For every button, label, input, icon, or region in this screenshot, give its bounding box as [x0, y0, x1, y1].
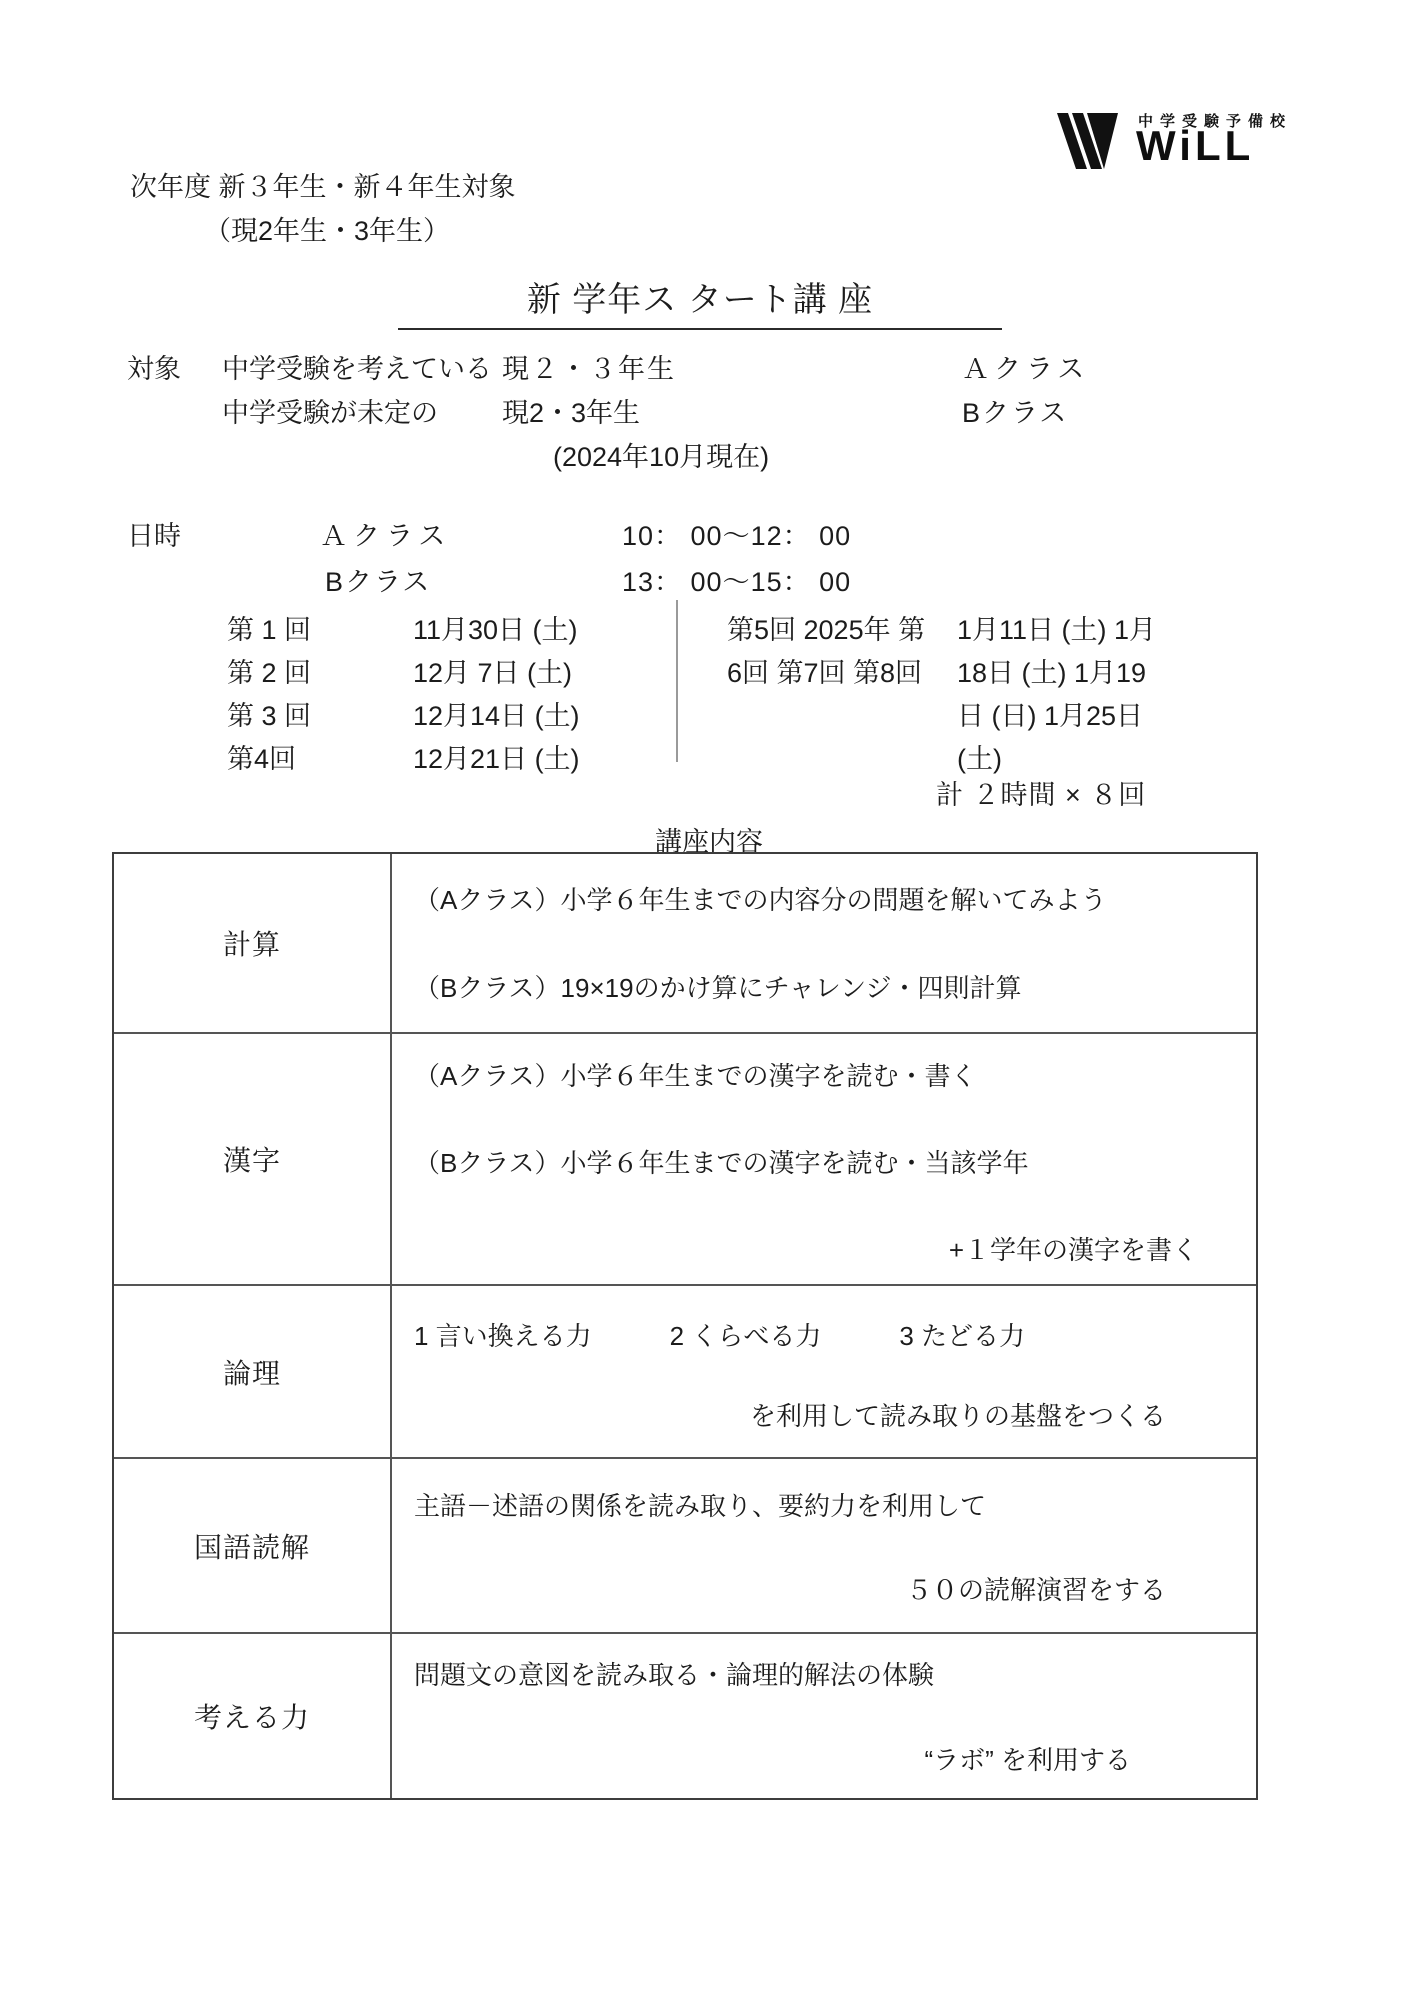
target-condition-2: 中学受験が未定の — [222, 396, 438, 431]
table-row-ronri: 論理 1 言い換える力 2 くらべる力 3 たどる力 を利用して読み取りの基盤を… — [114, 1284, 1256, 1457]
table-row-keisan: 計算 （Aクラス）小学６年生までの内容分の問題を解いてみよう （Bクラス）19×… — [114, 854, 1256, 1032]
content-cell: 問題文の意図を読み取る・論理的解法の体験 “ラボ” を利用する — [392, 1634, 1256, 1798]
sessions-5-8-dates-1: 1月11日 (土) 1月 — [957, 613, 1156, 648]
target-class-2: Bクラス — [962, 396, 1068, 431]
session-2-date: 12月 7日 (土) — [413, 656, 572, 691]
content-line: 1 言い換える力 2 くらべる力 3 たどる力 — [414, 1318, 1025, 1354]
class-b-time: 13： 00〜15： 00 — [622, 565, 851, 600]
audience-line-1: 次年度 新３年生・新４年生対象 — [130, 170, 516, 205]
subject-cell: 考える力 — [114, 1634, 392, 1798]
content-cell: 主語－述語の関係を読み取り、要約力を利用して ５０の読解演習をする — [392, 1459, 1256, 1632]
subject-cell: 論理 — [114, 1286, 392, 1457]
content-line: “ラボ” を利用する — [924, 1742, 1131, 1778]
sessions-5-8-dates-3: 日 (日) 1月25日 — [957, 699, 1143, 734]
total-hours: 計 ２時間 × ８回 — [936, 778, 1146, 813]
content-line: +１学年の漢字を書く — [949, 1232, 1198, 1268]
subject-cell: 計算 — [114, 854, 392, 1032]
content-cell: （Aクラス）小学６年生までの内容分の問題を解いてみよう （Bクラス）19×19の… — [392, 854, 1256, 1032]
content-line: （Bクラス）小学６年生までの漢字を読む・当該学年 — [414, 1145, 1029, 1181]
sessions-5-8-dates-4: (土) — [957, 742, 1002, 777]
sessions-5-8-line-1: 第5回 2025年 第 — [727, 613, 925, 648]
flyer-page: 中学受験予備校 WiLL 次年度 新３年生・新４年生対象 （現2年生・3年生） … — [0, 0, 1414, 2000]
subject-cell: 国語読解 — [114, 1459, 392, 1632]
content-cell: 1 言い換える力 2 くらべる力 3 たどる力 を利用して読み取りの基盤をつくる — [392, 1286, 1256, 1457]
content-line: を利用して読み取りの基盤をつくる — [750, 1398, 1166, 1434]
audience-line-2: （現2年生・3年生） — [204, 214, 450, 249]
target-class-1: Ａクラス — [962, 352, 1089, 387]
page-title-underline: 新 学年ス タート講 座 — [398, 272, 1002, 330]
datetime-label: 日時 — [127, 519, 181, 554]
content-line: （Bクラス）19×19のかけ算にチャレンジ・四則計算 — [414, 970, 1022, 1006]
target-label: 対象 — [127, 352, 181, 387]
target-condition-1: 中学受験を考えている — [222, 352, 492, 387]
session-3-date: 12月14日 (土) — [413, 699, 580, 734]
session-1-date: 11月30日 (土) — [413, 613, 578, 648]
content-line: 主語－述語の関係を読み取り、要約力を利用して — [414, 1488, 986, 1524]
page-title: 新 学年ス タート講 座 — [527, 281, 873, 319]
content-line: （Aクラス）小学６年生までの内容分の問題を解いてみよう — [414, 882, 1107, 918]
session-1-label: 第 1 回 — [227, 613, 311, 648]
will-logo-icon — [1056, 112, 1118, 170]
sessions-5-8-dates-2: 18日 (土) 1月19 — [957, 656, 1146, 691]
class-a-time: 10： 00〜12： 00 — [622, 519, 851, 554]
session-3-label: 第 3 回 — [227, 699, 311, 734]
session-4-label: 第4回 — [227, 742, 296, 777]
course-table: 計算 （Aクラス）小学６年生までの内容分の問題を解いてみよう （Bクラス）19×… — [112, 852, 1258, 1800]
content-line: （Aクラス）小学６年生までの漢字を読む・書く — [414, 1058, 977, 1094]
subject-cell: 漢字 — [114, 1034, 392, 1284]
table-row-kokugo-dokkai: 国語読解 主語－述語の関係を読み取り、要約力を利用して ５０の読解演習をする — [114, 1457, 1256, 1632]
schedule-divider — [676, 600, 678, 762]
logo-brand: WiLL — [1136, 122, 1254, 170]
session-4-date: 12月21日 (土) — [413, 742, 580, 777]
sessions-5-8-line-2: 6回 第7回 第8回 — [727, 656, 922, 691]
target-grade-1: 現２・３年生 — [502, 352, 676, 387]
session-2-label: 第 2 回 — [227, 656, 311, 691]
class-a-name: Ａクラス — [320, 519, 451, 554]
class-b-name: Bクラス — [325, 565, 431, 600]
table-row-kangaeru-chikara: 考える力 問題文の意図を読み取る・論理的解法の体験 “ラボ” を利用する — [114, 1632, 1256, 1798]
target-note: (2024年10月現在) — [553, 440, 769, 475]
target-grade-2: 現2・3年生 — [502, 396, 640, 431]
content-line: ５０の読解演習をする — [906, 1572, 1166, 1608]
content-line: 問題文の意図を読み取る・論理的解法の体験 — [414, 1657, 934, 1693]
content-cell: （Aクラス）小学６年生までの漢字を読む・書く （Bクラス）小学６年生までの漢字を… — [392, 1034, 1256, 1284]
table-row-kanji: 漢字 （Aクラス）小学６年生までの漢字を読む・書く （Bクラス）小学６年生までの… — [114, 1032, 1256, 1284]
